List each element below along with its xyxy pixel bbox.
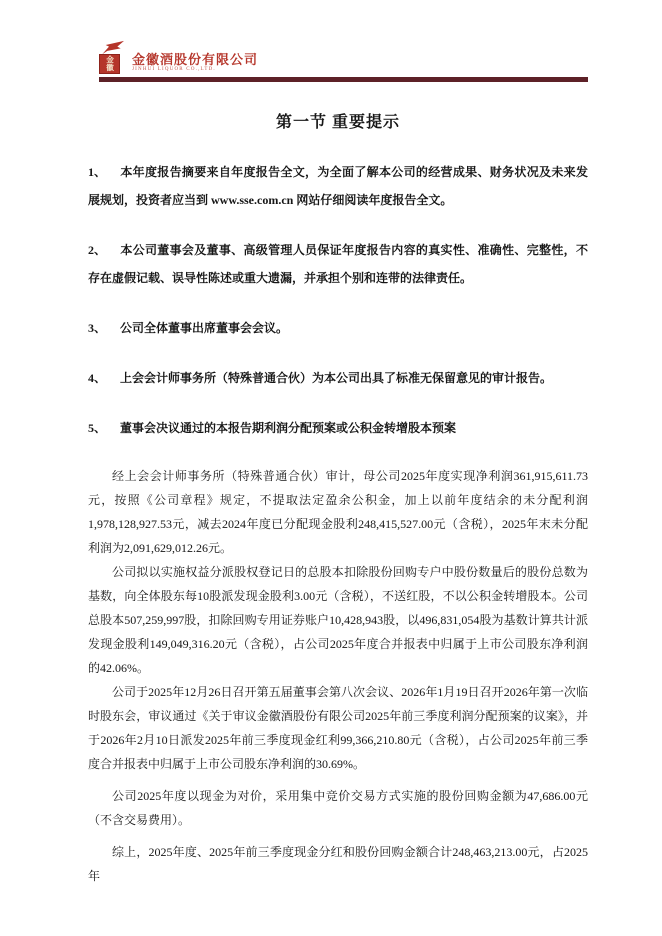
page-header: 金 徽 金徽酒股份有限公司 JINHUI LIQUOR CO.,LTD.	[99, 42, 588, 82]
notice-text: 董事会决议通过的本报告期利润分配预案或公积金转增股本预案	[120, 421, 456, 435]
paragraph-board-meeting: 公司于2025年12月26日召开第五届董事会第八次会议、2026年1月19日召开…	[88, 680, 588, 776]
section-title: 第一节 重要提示	[88, 112, 588, 134]
notice-number: 5、	[88, 414, 120, 442]
notice-text: 公司全体董事出席董事会会议。	[120, 321, 288, 335]
notice-number: 2、	[88, 236, 120, 264]
profit-distribution-section: 经上会会计师事务所（特殊普通合伙）审计，母公司2025年度实现净利润361,91…	[88, 464, 588, 888]
header-divider	[99, 77, 588, 82]
company-name: 金徽酒股份有限公司	[132, 53, 258, 67]
paragraph-dividend-plan: 公司拟以实施权益分派股权登记日的总股本扣除股份回购专户中股份数量后的股份总数为基…	[88, 560, 588, 680]
emblem-char: 徽	[106, 64, 114, 72]
logo-emblem-block: 金 徽	[99, 42, 125, 74]
notice-item-3: 3、公司全体董事出席董事会会议。	[88, 314, 588, 342]
notice-item-4: 4、上会会计师事务所（特殊普通合伙）为本公司出具了标准无保留意见的审计报告。	[88, 364, 588, 392]
notice-item-1: 1、本年度报告摘要来自年度报告全文，为全面了解本公司的经营成果、财务状况及未来发…	[88, 158, 588, 214]
company-logo: 金 徽 金徽酒股份有限公司 JINHUI LIQUOR CO.,LTD.	[99, 42, 588, 74]
notice-list: 1、本年度报告摘要来自年度报告全文，为全面了解本公司的经营成果、财务状况及未来发…	[88, 158, 588, 442]
notice-text: 本公司董事会及董事、高级管理人员保证年度报告内容的真实性、准确性、完整性，不存在…	[88, 243, 588, 285]
report-page: 金 徽 金徽酒股份有限公司 JINHUI LIQUOR CO.,LTD. 第一节…	[0, 0, 662, 936]
company-name-en: JINHUI LIQUOR CO.,LTD.	[132, 67, 258, 73]
logo-text-block: 金徽酒股份有限公司 JINHUI LIQUOR CO.,LTD.	[132, 53, 258, 74]
paragraph-audit-result: 经上会会计师事务所（特殊普通合伙）审计，母公司2025年度实现净利润361,91…	[88, 464, 588, 560]
notice-number: 3、	[88, 314, 120, 342]
paragraph-share-buyback: 公司2025年度以现金为对价，采用集中竞价交易方式实施的股份回购金额为47,68…	[88, 784, 588, 832]
logo-emblem-seal: 金 徽	[99, 54, 120, 74]
phoenix-bird-icon	[101, 40, 127, 55]
notice-text: 上会会计师事务所（特殊普通合伙）为本公司出具了标准无保留意见的审计报告。	[120, 371, 552, 385]
notice-item-2: 2、本公司董事会及董事、高级管理人员保证年度报告内容的真实性、准确性、完整性，不…	[88, 236, 588, 292]
notice-number: 4、	[88, 364, 120, 392]
notice-text: 本年度报告摘要来自年度报告全文，为全面了解本公司的经营成果、财务状况及未来发展规…	[88, 165, 588, 207]
notice-number: 1、	[88, 158, 120, 186]
paragraph-summary: 综上，2025年度、2025年前三季度现金分红和股份回购金额合计248,463,…	[88, 840, 588, 888]
notice-item-5: 5、董事会决议通过的本报告期利润分配预案或公积金转增股本预案	[88, 414, 588, 442]
